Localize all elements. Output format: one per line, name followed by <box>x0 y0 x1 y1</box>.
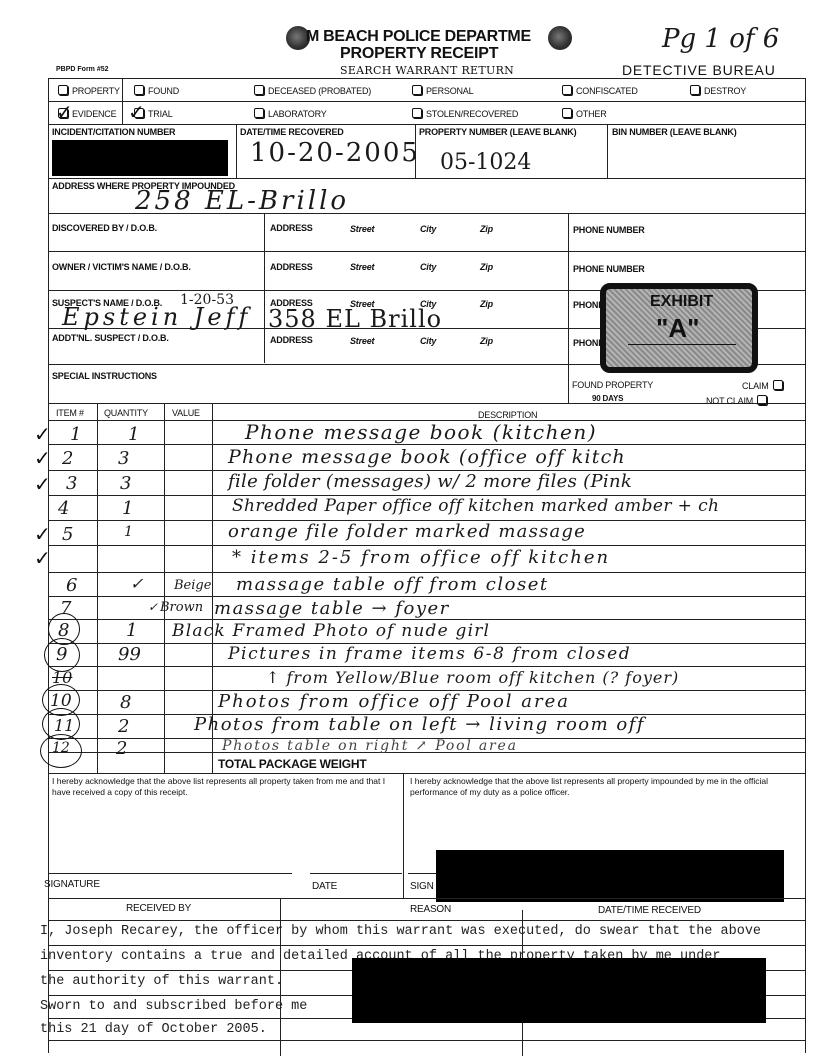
item-quantity: 1 <box>126 620 137 641</box>
property-number-value[interactable]: 05-1024 <box>440 150 531 175</box>
discovered-by-label: DISCOVERED BY / D.O.B. <box>52 223 157 233</box>
item-number: 4 <box>58 498 69 519</box>
checkbox-destroy[interactable]: DESTROY <box>690 85 746 96</box>
addl-city-label: City <box>420 336 436 346</box>
margin-checkmark-icon: ✓ <box>34 546 51 570</box>
margin-checkmark-icon: ✓ <box>34 472 51 496</box>
item-description: orange file folder marked massage <box>228 521 586 542</box>
item-description: Photos from table on left → living room … <box>194 714 645 735</box>
oath-redaction <box>352 958 766 1023</box>
item-description: * items 2-5 from office off kitchen <box>232 547 610 568</box>
item-value: Brown <box>160 600 203 615</box>
item-description: Photos from office off Pool area <box>218 691 570 712</box>
checkbox-property[interactable]: PROPERTY <box>58 85 120 96</box>
item-quantity: 1 <box>128 424 139 445</box>
owner-victim-label: OWNER / VICTIM'S NAME / D.O.B. <box>52 262 191 272</box>
found-days-label: 90 DAYS <box>592 394 623 403</box>
item-number: 1 <box>70 424 81 445</box>
item-description: massage table off from closet <box>236 574 549 595</box>
department-name: M BEACH POLICE DEPARTME <box>306 28 531 46</box>
checkbox-laboratory[interactable]: LABORATORY <box>254 108 327 119</box>
owner-address-label: ADDRESS <box>270 262 313 272</box>
bin-number-label: BIN NUMBER (Leave Blank) <box>612 127 737 137</box>
margin-checkmark-icon: ✓ <box>34 522 51 546</box>
ack-right-text: I hereby acknowledge that the above list… <box>410 776 800 798</box>
oath-line-1: I, Joseph Recarey, the officer by whom t… <box>40 924 761 939</box>
checkbox-deceased[interactable]: DECEASED (Probated) <box>254 85 371 96</box>
item-quantity: 3 <box>120 473 131 494</box>
item-description: ↑ from Yellow/Blue room off kitchen (? f… <box>266 668 679 687</box>
discovered-address-label: ADDRESS <box>270 223 313 233</box>
form-number: PBPD Form #52 <box>56 66 109 73</box>
checkbox-other[interactable]: OTHER <box>562 108 607 119</box>
seal-right-icon <box>548 26 572 50</box>
discovered-city-label: City <box>420 224 436 234</box>
date-recovered-label: DATE/TIME RECOVERED <box>240 127 344 137</box>
exhibit-letter: "A" <box>656 313 699 344</box>
item-number: 3 <box>66 473 77 494</box>
claim-checkbox[interactable]: CLAIM <box>742 380 783 391</box>
found-property-label: FOUND PROPERTY <box>572 380 653 390</box>
evidence-checkmark-icon: ✓ <box>56 100 73 124</box>
oath-line-3: the authority of this warrant. <box>40 974 283 989</box>
item-number: 11 <box>54 716 74 735</box>
checkbox-confiscated[interactable]: CONFISCATED <box>562 85 638 96</box>
addl-suspect-label: ADDT'NL. SUSPECT / D.O.B. <box>52 333 169 343</box>
page-number-note: Pg 1 of 6 <box>662 24 779 54</box>
item-quantity: 1 <box>122 498 133 519</box>
exhibit-title: EXHIBIT <box>650 293 713 311</box>
item-description: Phone message book (office off kitch <box>228 446 626 468</box>
not-claim-checkbox[interactable]: NOT CLAIM <box>706 395 767 406</box>
item-quantity: 1 <box>124 524 133 540</box>
item-quantity: 8 <box>120 692 131 713</box>
incident-number-label: INCIDENT/CITATION NUMBER <box>52 127 175 137</box>
suspect-address-value[interactable]: 358 EL Brillo <box>268 305 442 333</box>
bureau-label: DETECTIVE BUREAU <box>622 62 776 78</box>
trial-checkmark-icon: ✓ <box>128 100 145 124</box>
incident-number-redaction <box>52 140 228 176</box>
item-description: Black Framed Photo of nude girl <box>172 621 490 641</box>
owner-city-label: City <box>420 262 436 272</box>
discovered-zip-label: Zip <box>480 224 493 234</box>
suspect-zip-label: Zip <box>480 299 493 309</box>
item-number: 9 <box>56 644 67 665</box>
owner-phone-label: PHONE NUMBER <box>573 264 645 274</box>
item-description: Shredded Paper office off kitchen marked… <box>232 496 719 516</box>
exhibit-sticker: EXHIBIT "A" <box>600 283 758 373</box>
checkbox-found[interactable]: FOUND <box>134 85 179 96</box>
date-recovered-value[interactable]: 10-20-2005 <box>250 138 420 168</box>
suspect-name-value[interactable]: Epstein Jeff <box>62 303 251 331</box>
discovered-phone-label: PHONE NUMBER <box>573 225 645 235</box>
item-quantity: ✓ <box>130 574 143 593</box>
officer-signature-redaction <box>436 850 784 902</box>
item-description: Photos table on right ↗ Pool area <box>222 738 518 754</box>
checkbox-stolen-recovered[interactable]: STOLEN/RECOVERED <box>412 108 518 119</box>
item-number: 5 <box>62 524 73 545</box>
col-header-description: DESCRIPTION <box>478 410 537 420</box>
item-number: 6 <box>66 575 77 596</box>
oath-line-5: this 21 day of October 2005. <box>40 1022 267 1037</box>
total-package-weight-label: TOTAL PACKAGE WEIGHT <box>218 757 366 771</box>
received-by-label: RECEIVED BY <box>126 903 191 914</box>
signature-label: SIGNATURE <box>44 879 100 890</box>
item-description: massage table → foyer <box>214 598 450 619</box>
addl-zip-label: Zip <box>480 336 493 346</box>
item-quantity: 3 <box>118 448 129 469</box>
item-value: Beige <box>174 578 211 593</box>
sign-label: SIGN <box>410 881 434 892</box>
item-quantity: 99 <box>118 644 141 665</box>
margin-checkmark-icon: ✓ <box>34 422 51 446</box>
margin-checkmark-icon: ✓ <box>34 446 51 470</box>
item-description: Phone message book (kitchen) <box>245 420 597 444</box>
address-impounded-value[interactable]: 258 EL-Brillo <box>135 186 349 216</box>
owner-zip-label: Zip <box>480 262 493 272</box>
item-number: 12 <box>52 740 70 756</box>
date-label: DATE <box>312 881 337 892</box>
checkbox-personal[interactable]: PERSONAL <box>412 85 473 96</box>
item-number: 2 <box>62 448 73 469</box>
item-quantity: 2 <box>118 716 129 737</box>
discovered-street-label: Street <box>350 224 374 234</box>
col-header-value: VALUE <box>172 408 200 418</box>
col-header-quantity: QUANTITY <box>104 408 148 418</box>
page-title: PROPERTY RECEIPT <box>340 45 498 63</box>
special-instructions-label: SPECIAL INSTRUCTIONS <box>52 371 157 381</box>
oath-line-4: Sworn to and subscribed before me <box>40 999 307 1014</box>
item-description: file folder (messages) w/ 2 more files (… <box>228 471 632 492</box>
ack-left-text: I hereby acknowledge that the above list… <box>52 776 392 798</box>
reason-label: REASON <box>410 904 451 915</box>
owner-street-label: Street <box>350 262 374 272</box>
datetime-received-label: DATE/TIME RECEIVED <box>598 905 701 916</box>
col-header-item: ITEM # <box>56 408 84 418</box>
page-subtitle: SEARCH WARRANT RETURN <box>340 64 514 77</box>
addl-street-label: Street <box>350 336 374 346</box>
item-description: Pictures in frame items 6-8 from closed <box>228 644 631 664</box>
addl-address-label: ADDRESS <box>270 335 313 345</box>
item-quantity: 2 <box>116 738 127 759</box>
item-quantity: ✓ <box>148 600 158 614</box>
property-number-label: PROPERTY NUMBER (Leave Blank) <box>419 127 576 137</box>
